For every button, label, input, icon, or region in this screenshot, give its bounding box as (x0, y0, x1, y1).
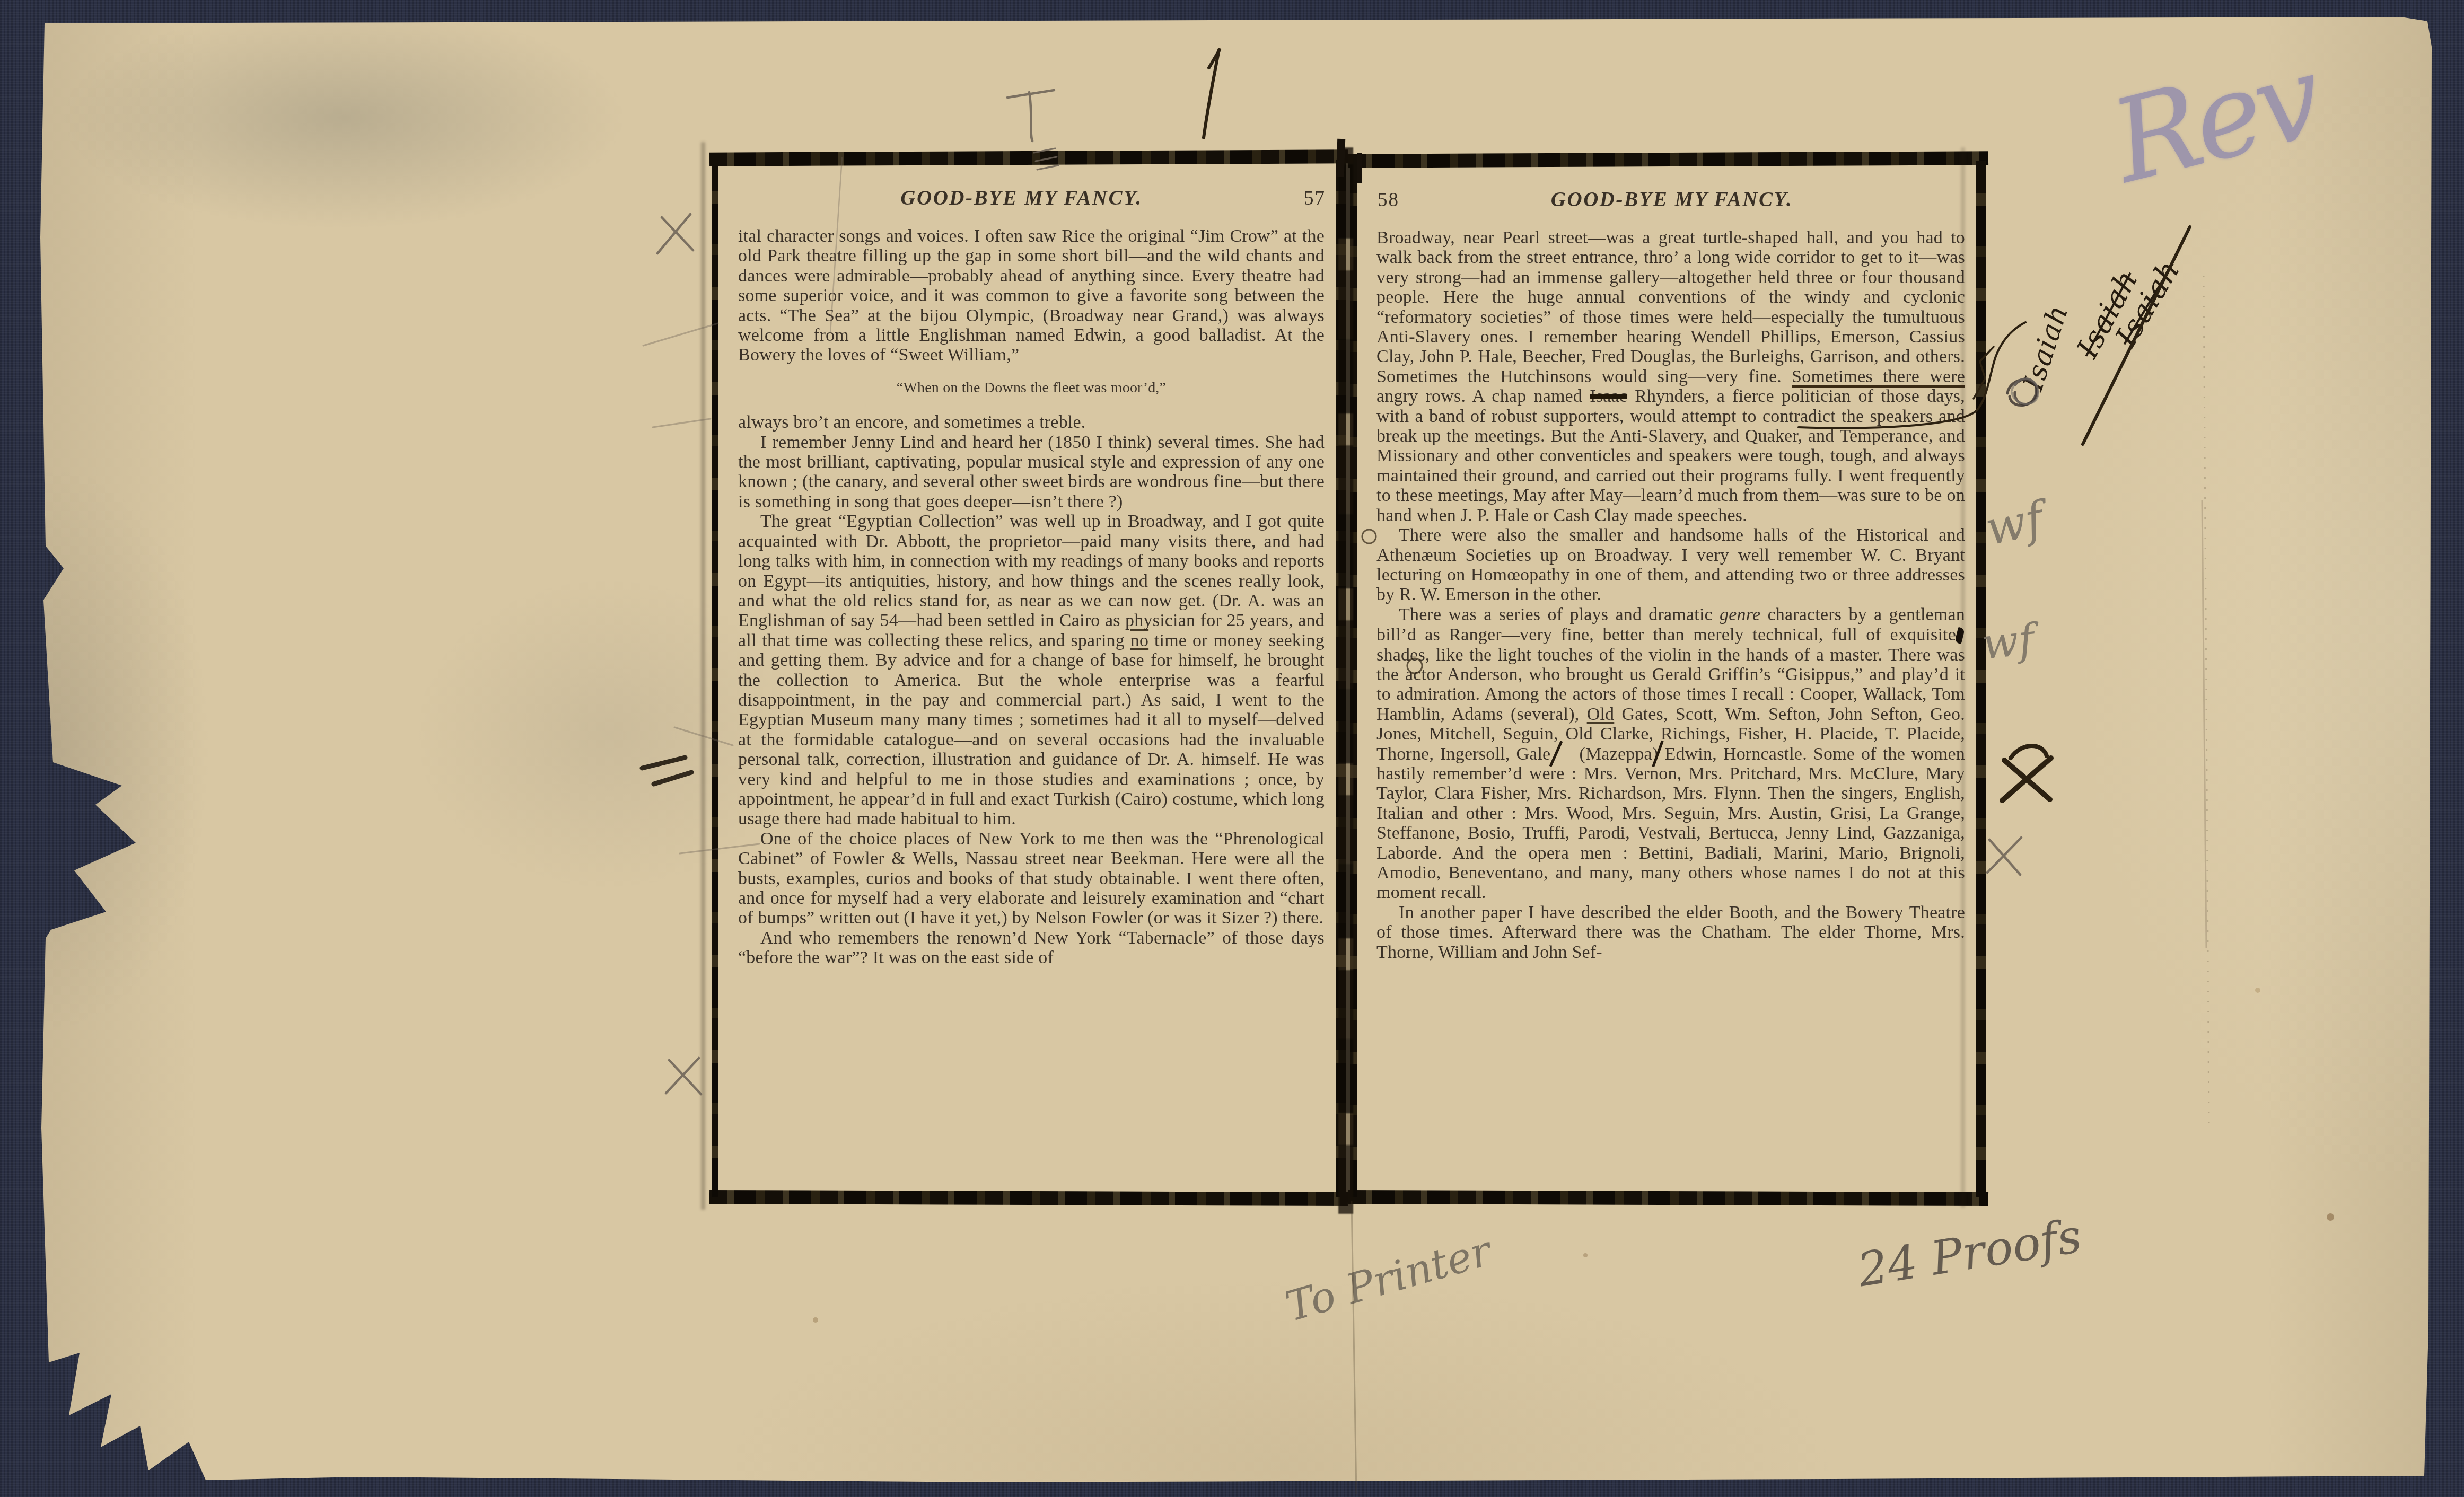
running-head-title: GOOD-BYE MY FANCY. (739, 186, 1304, 210)
text-segment: angry rows. A chap named (1376, 386, 1590, 406)
text-segment: “When on the Downs the fleet was moor’d,… (897, 380, 1166, 396)
text-segment-pen-underline: Sometimes there were (1792, 367, 1965, 386)
text-segment: There were also the smaller and handsome… (1376, 525, 1965, 604)
paragraph: One of the choice places of New York to … (738, 829, 1325, 928)
page-gutter-shadow (1338, 147, 1353, 1214)
text-segment: There was a series of plays and dramatic (1399, 605, 1720, 624)
text-segment: time or money seeking and getting them. … (738, 631, 1325, 829)
text-segment: ital character songs and voices. I often… (738, 226, 1325, 365)
text-segment: And who remembers the renown’d New York … (738, 928, 1325, 967)
page-number: 57 (1304, 187, 1326, 210)
paragraph: ital character songs and voices. I often… (738, 226, 1325, 365)
clipping-edge-shadow (701, 142, 705, 1210)
text-segment-slashed: (Mazeppa) (1557, 744, 1658, 764)
paragraph: Broadway, near Pearl street—was a great … (1376, 228, 1965, 525)
page-number: 58 (1378, 189, 1399, 212)
handwritten-wf-2: wf (1979, 614, 2036, 669)
text-segment-underline: Old (1587, 705, 1615, 724)
text-segment: One of the choice places of New York to … (738, 829, 1325, 928)
page-57-text: ital character songs and voices. I often… (738, 226, 1325, 968)
text-segment: Broadway, near Pearl street—was a great … (1376, 228, 1965, 386)
page-border-rule-left (712, 160, 718, 1197)
paragraph: There was a series of plays and dramatic… (1376, 605, 1965, 903)
running-head-title: GOOD-BYE MY FANCY. (1399, 188, 1944, 212)
text-segment: Rhynders, a fierce politician of those d… (1376, 386, 1965, 525)
page-border-rule-bottom (1348, 1190, 1988, 1206)
text-segment: Edwin, Horncastle. Some of the women has… (1376, 744, 1965, 903)
text-segment-emph-underline: no (1130, 631, 1148, 650)
text-segment: I remember Jenny Lind and heard her (185… (738, 433, 1325, 512)
paragraph: I remember Jenny Lind and heard her (185… (738, 433, 1325, 512)
text-segment: In another paper I have described the el… (1376, 903, 1965, 962)
page-border-rule-top (709, 149, 1348, 166)
running-head: 58 GOOD-BYE MY FANCY. 58 (1378, 188, 1966, 212)
page-border-rule-top (1348, 151, 1988, 168)
text-segment-ink-strike: Isaac (1590, 386, 1627, 406)
paragraph: The great “Egyptian Collection” was well… (738, 512, 1325, 829)
page-border-rule-right (1976, 161, 1986, 1197)
paragraph: There were also the smaller and handsome… (1376, 525, 1965, 605)
text-segment: The great “Egyptian Collection” was well… (738, 512, 1325, 650)
paragraph: always bro’t an encore, and sometimes a … (738, 412, 1325, 432)
proof-page-58: 58 GOOD-BYE MY FANCY. 58 Broadway, near … (1350, 153, 1986, 1205)
paragraph: And who remembers the renown’d New York … (738, 928, 1325, 968)
proof-page-57: GOOD-BYE MY FANCY. 57 ital character son… (712, 151, 1346, 1205)
document-scan: GOOD-BYE MY FANCY. 57 ital character son… (0, 0, 2464, 1497)
clipping-edge-shadow (1961, 147, 1965, 1208)
handwritten-wf-1: wf (1980, 491, 2048, 556)
running-head: GOOD-BYE MY FANCY. 57 (739, 186, 1326, 210)
text-segment-italic: genre (1720, 605, 1760, 624)
text-segment: always bro’t an encore, and sometimes a … (738, 412, 1085, 432)
page-58-text: Broadway, near Pearl street—was a great … (1376, 228, 1965, 962)
verse-quote: “When on the Downs the fleet was moor’d,… (738, 378, 1325, 398)
page-border-rule-bottom (709, 1190, 1348, 1206)
paragraph: In another paper I have described the el… (1376, 903, 1965, 962)
